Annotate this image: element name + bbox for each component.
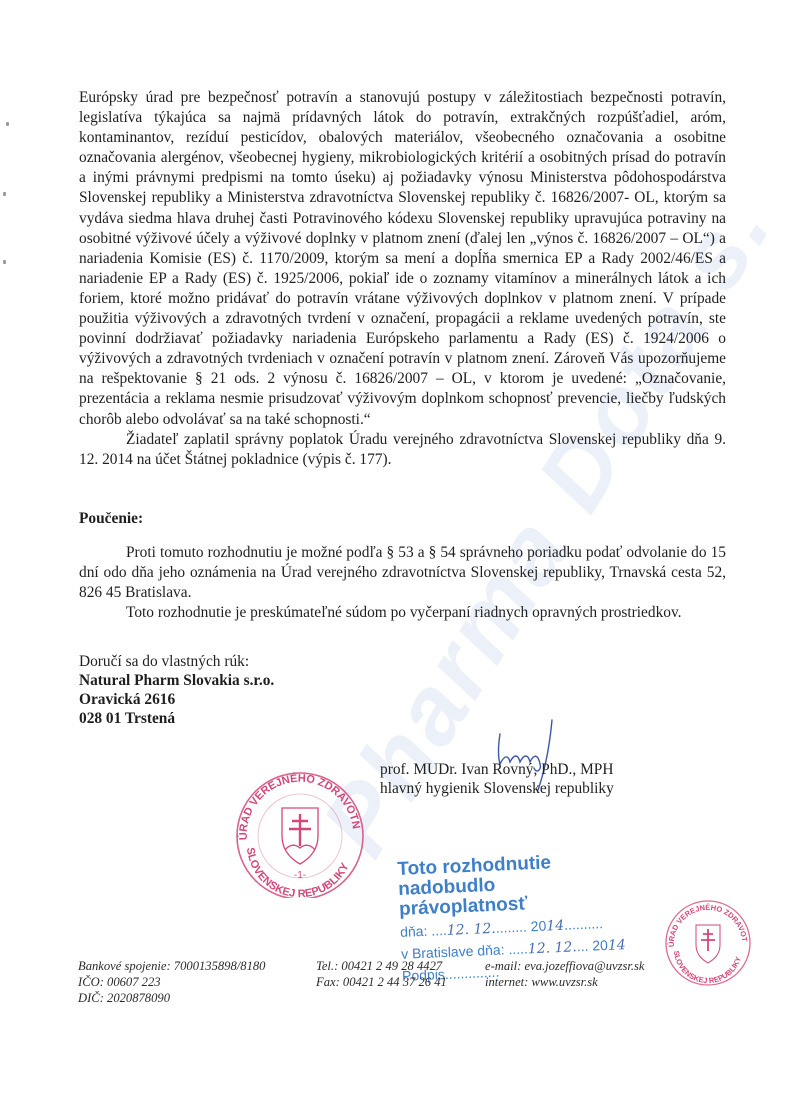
footer-ico: IČO: 00607 223 (78, 974, 265, 990)
footer-dic: DIČ: 2020878090 (78, 990, 265, 1006)
instruction-paragraph-1: Proti tomuto rozhodnutiu je možné podľa … (79, 543, 726, 603)
scan-mark (3, 192, 6, 196)
footer-bank: Bankové spojenie: 7000135898/8180 (78, 958, 265, 974)
instruction-section: Proti tomuto rozhodnutiu je možné podľa … (79, 543, 726, 623)
small-stamp-text-bottom: SLOVENSKEJ REPUBLIKY (672, 950, 743, 985)
official-small-stamp-icon: ÚRAD VEREJNÉHO ZDRAVOTNÍCTVA SLOVENSKEJ … (660, 895, 755, 990)
validity-year-prefix: 20 (530, 918, 546, 935)
signer-block: prof. MUDr. Ivan Rovný, PhD., MPH hlavný… (380, 760, 614, 798)
dotted-line: ........ (495, 918, 531, 936)
signer-title: hlavný hygienik Slovenskej republiky (380, 779, 614, 798)
footer-web-info: e-mail: eva.jozeffiova@uvzsr.sk internet… (485, 958, 645, 990)
official-round-stamp-icon: ÚRAD VEREJNÉHO ZDRAVOTNÍCTVA SLOVENSKEJ … (225, 768, 375, 898)
footer-phone-info: Tel.: 00421 2 49 28 4427 Fax: 00421 2 44… (316, 958, 447, 990)
instruction-heading: Poučenie: (79, 510, 143, 528)
recipient-city: 028 01 Trstená (79, 709, 274, 728)
svg-text:SLOVENSKEJ REPUBLIKY: SLOVENSKEJ REPUBLIKY (672, 950, 743, 985)
dotted-line: ... (576, 938, 592, 955)
dotted-line: .......... (564, 915, 604, 933)
validity-place-year-value: 14 (608, 937, 627, 954)
stamp-number: -1- (294, 870, 306, 881)
scan-mark (3, 260, 6, 264)
validity-place-date-value: 12. 12. (528, 939, 578, 957)
recipient-street: Oravická 2616 (79, 690, 274, 709)
footer-internet[interactable]: internet: www.uvzsr.sk (485, 974, 645, 990)
delivery-label: Doručí sa do vlastných rúk: (79, 652, 274, 671)
dotted-line: .... (431, 922, 447, 939)
footer-email[interactable]: e-mail: eva.jozeffiova@uvzsr.sk (485, 958, 645, 974)
signer-name: prof. MUDr. Ivan Rovný, PhD., MPH (380, 760, 614, 779)
validity-place-year-prefix: 20 (592, 937, 608, 954)
paragraph-fee: Žiadateľ zaplatil správny poplatok Úradu… (79, 430, 726, 470)
scan-mark (6, 122, 9, 126)
delivery-address: Doručí sa do vlastných rúk: Natural Phar… (79, 652, 274, 728)
dotted-line: ..... (508, 940, 528, 957)
validity-date-value: 12. 12. (446, 921, 496, 939)
instruction-paragraph-2: Toto rozhodnutie je preskúmateľné súdom … (79, 603, 726, 623)
paragraph-main: Európsky úrad pre bezpečnosť potravín a … (79, 88, 726, 430)
recipient-company: Natural Pharm Slovakia s.r.o. (79, 671, 274, 690)
footer-tel: Tel.: 00421 2 49 28 4427 (316, 958, 447, 974)
footer-bank-info: Bankové spojenie: 7000135898/8180 IČO: 0… (78, 958, 265, 1006)
validity-year-value: 14 (546, 918, 565, 935)
main-body: Európsky úrad pre bezpečnosť potravín a … (79, 88, 726, 470)
validity-date-label: dňa: (400, 923, 428, 940)
footer-fax: Fax: 00421 2 44 37 26 41 (316, 974, 447, 990)
document-page: Pharma Dota s. Európsky úrad pre bezpečn… (0, 0, 800, 1100)
